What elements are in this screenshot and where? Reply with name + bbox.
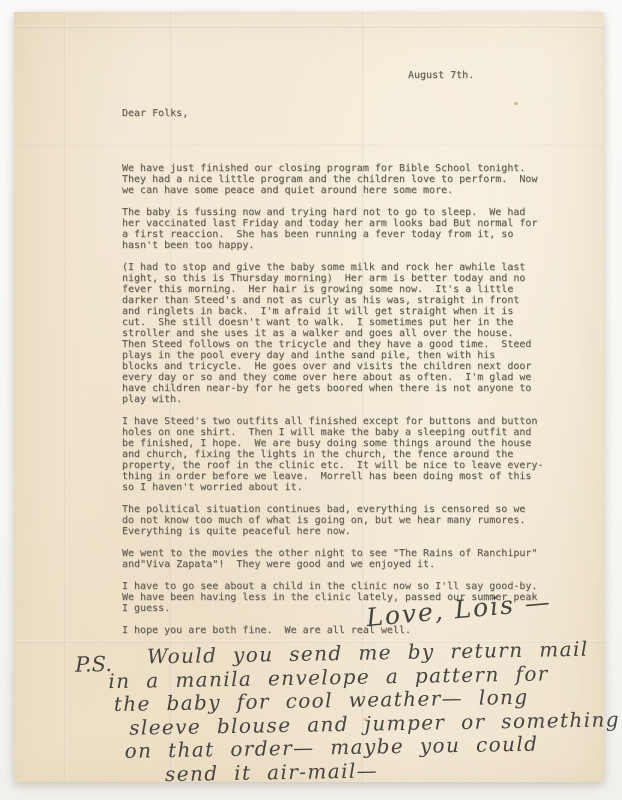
paragraph: (I had to stop and give the baby some mi…: [122, 262, 562, 405]
paragraph: The baby is fussing now and trying hard …: [122, 207, 562, 251]
paragraph: We went to the movies the other night to…: [122, 548, 562, 570]
postscript-lines: Would you send me by return mailin a man…: [71, 637, 618, 787]
letter-date: August 7th.: [408, 70, 474, 81]
fold-crease-horizontal-top: [14, 25, 604, 28]
paragraph: We have just finished our closing progra…: [122, 163, 562, 196]
paragraph: I hope you are both fine. We are all rea…: [122, 625, 562, 636]
fold-crease-vertical-left: [64, 12, 67, 782]
letter-body: Dear Folks, We have just finished our cl…: [122, 86, 562, 647]
scanned-letter: August 7th. Dear Folks, We have just fin…: [0, 0, 622, 800]
letter-paper: August 7th. Dear Folks, We have just fin…: [14, 12, 604, 782]
postscript: P.S. Would you send me by return mailin …: [71, 637, 618, 787]
paragraph: The political situation continues bad, e…: [122, 504, 562, 537]
paragraph: I have Steed's two outfits all finished …: [122, 416, 562, 493]
salutation: Dear Folks,: [122, 108, 562, 119]
postscript-label: P.S.: [75, 652, 112, 677]
